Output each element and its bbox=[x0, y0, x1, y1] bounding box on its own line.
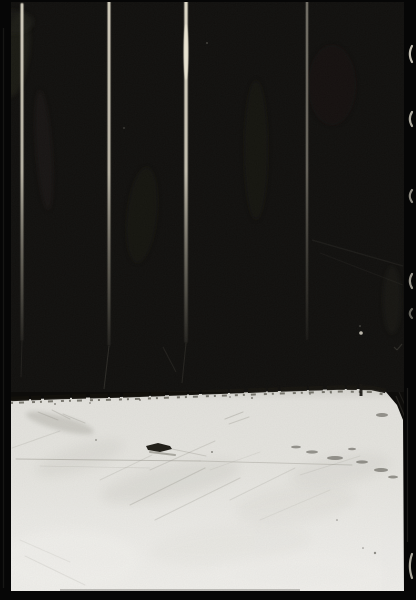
photograph-svg bbox=[0, 0, 416, 600]
photo-frame bbox=[0, 0, 416, 600]
